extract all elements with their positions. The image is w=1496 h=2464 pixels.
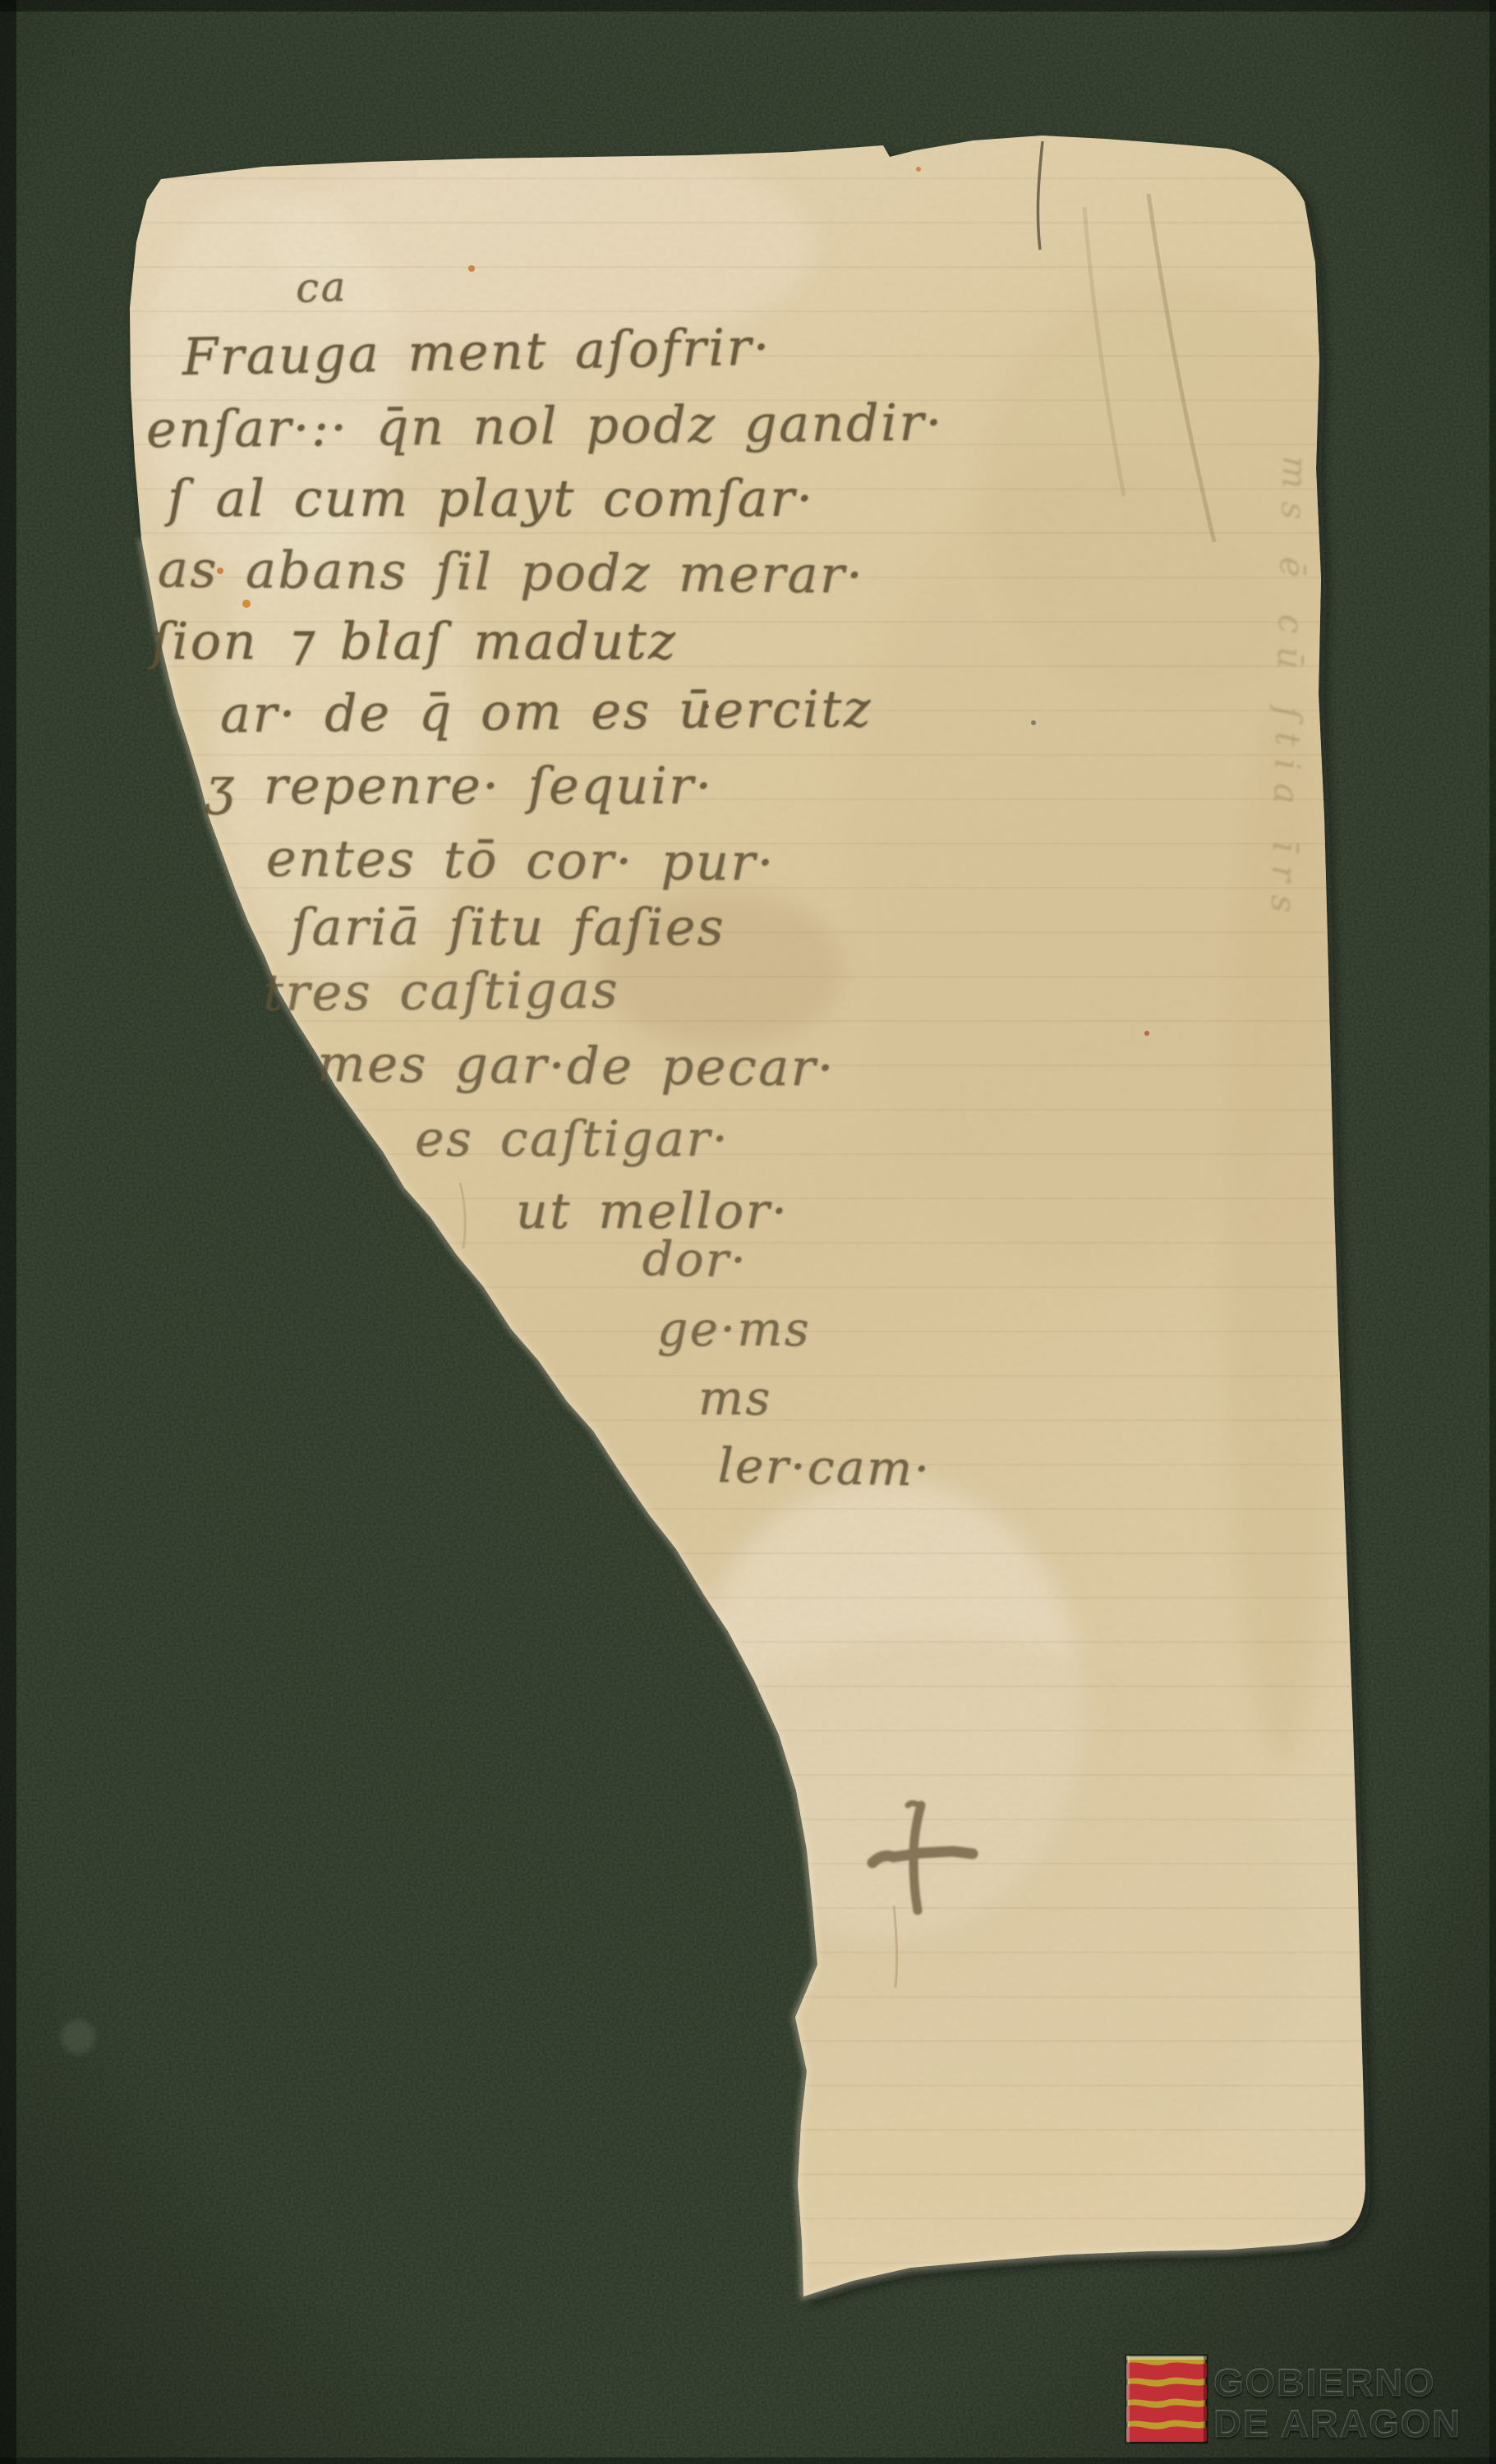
manuscript-line: ſariā ſitu faſies xyxy=(291,897,725,957)
manuscript-line: ms xyxy=(698,1370,772,1426)
manuscript-line: Frauga ment aſofrir· xyxy=(182,316,771,387)
manuscript-line: ſ al cum playt comſar· xyxy=(168,468,815,528)
watermark-line1: GOBIERNO xyxy=(1213,2362,1435,2403)
aragon-flag-icon xyxy=(1126,2356,1207,2443)
watermark-line2: DE ARAGON xyxy=(1213,2403,1461,2444)
manuscript-line: es caſtigar· xyxy=(415,1110,730,1168)
manuscript-line: ge·ms xyxy=(657,1301,811,1357)
felt-fleck xyxy=(61,2020,95,2054)
manuscript-line: ſion ⁊ blaſ madutz xyxy=(151,611,677,671)
manuscript-line: ca xyxy=(295,263,348,312)
manuscript-line: enſar·:· q̄n nol podz gandir· xyxy=(146,393,944,459)
manuscript-line: as abans ſil podz merar· xyxy=(158,539,865,605)
manuscript-line: ar· de q̄ om es ūercitz xyxy=(220,678,873,744)
manuscript-line: ʒ repenre· ſequir· xyxy=(205,756,714,816)
photo-canvas: caFrauga ment aſofrir·enſar·:· q̄n nol p… xyxy=(0,0,1496,2464)
manuscript-line: tres caſtigas xyxy=(263,959,620,1023)
manuscript-line: ler·cam· xyxy=(717,1437,932,1497)
manuscript-line: entes tō cor· pur· xyxy=(266,828,776,892)
manuscript-line: mes gar·de pecar· xyxy=(317,1033,836,1098)
manuscript-line: dor· xyxy=(642,1230,748,1288)
